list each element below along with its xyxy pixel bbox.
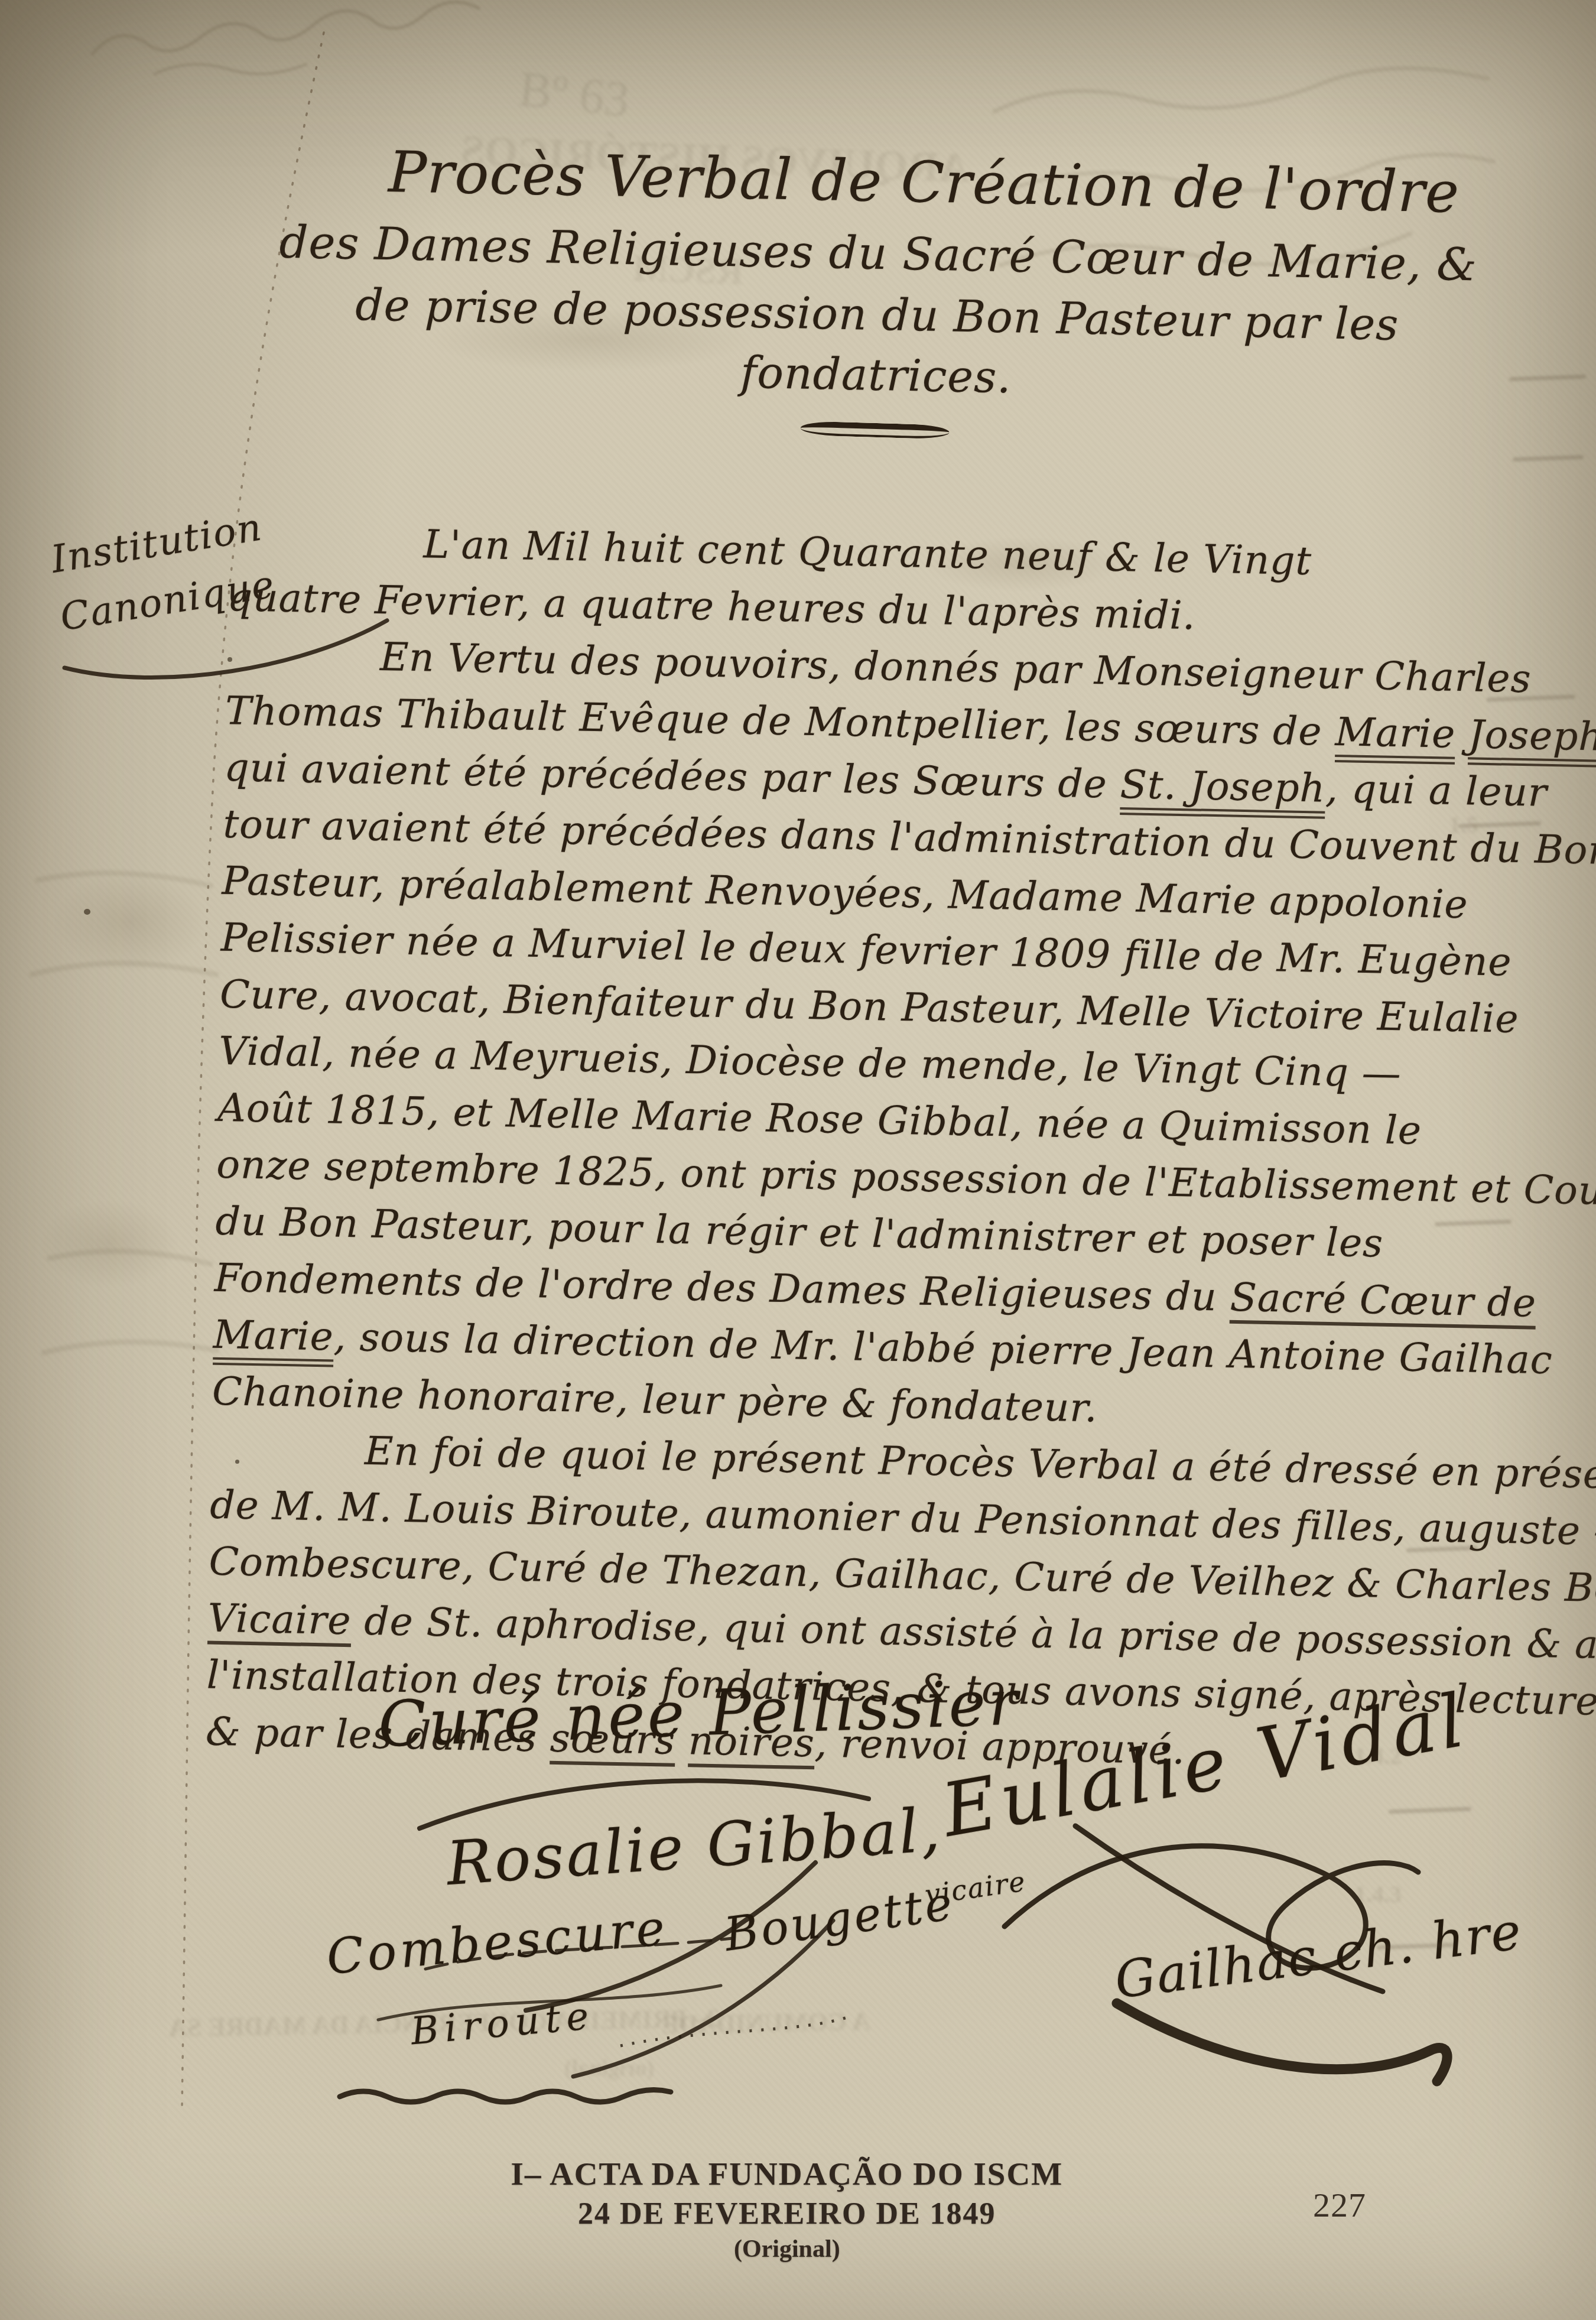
- paper-smudge: [12, 1182, 207, 1306]
- caption-original-note: (Original): [511, 2233, 1064, 2266]
- caption-title: I– ACTA DA FUNDAÇÃO DO ISCM: [511, 2154, 1064, 2195]
- text-segment: L'an Mil huit cent Quarante neuf & le Vi…: [423, 522, 1312, 584]
- text-segment: , qui a leur: [1325, 766, 1548, 815]
- ghost-bar: [1509, 375, 1586, 382]
- manuscript: Procès Verbal de Création de l'ordre des…: [205, 128, 1525, 1785]
- ghost-text: A COMUNIDADE: [662, 2006, 871, 2040]
- caption-date: 24 DE FEVEREIRO DE 1849: [511, 2195, 1064, 2233]
- text-segment: [1455, 711, 1468, 757]
- caption-block: I– ACTA DA FUNDAÇÃO DO ISCM 24 DE FEVERE…: [511, 2154, 1064, 2265]
- manuscript-title-line: de prise de possession du Bon Pasteur pa…: [232, 272, 1522, 418]
- ghost-text: (original): [564, 2055, 654, 2081]
- signature-biroute: Biroute: [409, 1994, 596, 2054]
- ghost-bar: [1389, 1807, 1471, 1814]
- paper-smudge: [24, 851, 236, 993]
- text-segment: Chanoine honoraire, leur père & fondateu…: [212, 1369, 1098, 1431]
- ghost-text: 1.4.3: [1354, 1880, 1402, 1908]
- underlined-phrase: Marie: [1335, 709, 1456, 765]
- page-number: 227: [1313, 2185, 1366, 2225]
- ghost-bar: [1513, 455, 1584, 462]
- text-segment: qui avaient été précédées par les Sœurs …: [224, 745, 1121, 807]
- signature-rosalie-gibbal: Rosalie Gibbal,: [444, 1795, 944, 1899]
- underlined-phrase: Joseph: [1468, 712, 1596, 768]
- ink-speck: [84, 909, 90, 915]
- ghost-scribble-top-left: [83, 11, 508, 87]
- underlined-phrase: Marie: [213, 1312, 334, 1367]
- underlined-phrase: Sacré Cœur de: [1230, 1275, 1537, 1330]
- signature-gailhac-ch-hre: Gailhac ch. hre: [1111, 1902, 1525, 2010]
- manuscript-body: L'an Mil huit cent Quarante neuf & le Vi…: [205, 512, 1517, 1785]
- underlined-phrase: Vicaire: [207, 1596, 352, 1648]
- signature-bougette: Bougette: [721, 1877, 958, 1962]
- signature-vicaire: vicaire: [923, 1865, 1028, 1910]
- scanned-document-page: Institution Canonique Procès Verbal de C…: [0, 0, 1596, 2320]
- signature-combescure: Combescure: [324, 1900, 671, 1986]
- signature-flourish-biroute-wave: [334, 2067, 700, 2114]
- ghost-text: Bº 63: [516, 60, 632, 129]
- underlined-phrase: St. Joseph: [1120, 762, 1326, 819]
- section-divider: [800, 421, 950, 439]
